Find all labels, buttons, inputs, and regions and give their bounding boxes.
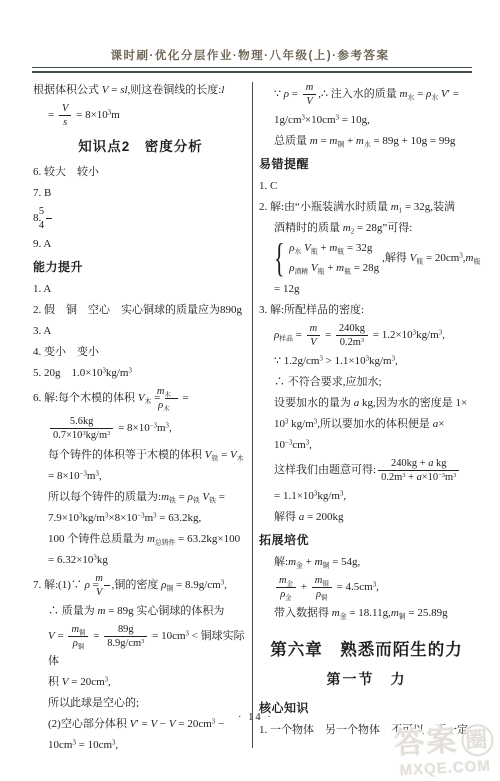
answer-line: = 8×10−3m3, (33, 466, 248, 486)
answer-line: = 12g (259, 279, 474, 299)
answer-line: V = m铜ρ铜 = 89g8.9g/cm3 = 10cm3 < 铜球实际体 (33, 622, 248, 671)
answer-line: 10−3cm3, (259, 435, 474, 455)
answer-line: 103 kg/m3,所以要加水的体积便是 a× (259, 414, 474, 434)
content-columns: 根据体积公式 V = sl,则这卷铜线的长度:l= Vs = 8×103m知识点… (33, 80, 474, 756)
answer-line: 每个铸件的体积等于木模的体积 V铁 = V木 (33, 445, 248, 465)
section-subheading: 能力提升 (33, 257, 248, 277)
answer-line: m金ρ金 + m铜ρ铜 = 4.5cm3, (259, 573, 474, 602)
answer-line: 100 个铸件总质量为 m总铸件 = 63.2kg×100 (33, 529, 248, 549)
answer-line: 5.6kg0.7×103kg/m3 = 8×10−3m3, (33, 414, 248, 443)
answer-line: 所以每个铸件的质量为:m铁 = ρ铁 V铁 = (33, 487, 248, 507)
answer-line: 9. A (33, 234, 248, 254)
answer-line: = 1.1×103kg/m3, (259, 486, 474, 506)
fraction: mV (307, 322, 321, 349)
answer-line: 1g/cm3×10cm3 = 10g, (259, 110, 474, 130)
right-column: ∵ ρ = mV,∴ 注入水的质量 m水 = ρ水 V′ =1g/cm3×10c… (259, 80, 474, 756)
section-subheading: 核心知识 (259, 698, 474, 718)
answer-line: 总质量 m = m铜 + m水 = 89g + 10g = 99g (259, 131, 474, 151)
answer-line: = 6.32×103kg (33, 550, 248, 570)
answer-line: 解得 a = 200kg (259, 507, 474, 527)
answer-line: 3. 解:所配样品的密度: (259, 300, 474, 320)
fraction: 240kg0.2m3 (336, 322, 368, 349)
page-header-title: 课时刷·优化分层作业·物理·八年级(上)·参考答案 (0, 47, 500, 63)
answer-line: 解:m金 + m铜 = 54g, (259, 552, 474, 572)
answer-line: = Vs = 8×103m (33, 101, 248, 130)
answer-line: 所以此球是空心的; (33, 693, 248, 713)
answer-line: 6. 较大 较小 (33, 162, 248, 182)
answer-line: 7.9×103kg/m3×8×10−3m3 = 63.2kg, (33, 508, 248, 528)
fraction: m铜ρ铜 (312, 574, 332, 601)
answer-line: 5. 20g 1.0×103kg/m3 (33, 363, 248, 383)
watermark: 答案 圈 MXQE.COM (394, 723, 496, 779)
answer-line: ρ样品 = mV = 240kg0.2m3 = 1.2×103kg/m3, (259, 321, 474, 350)
answer-line: ∴ 不符合要求,应加水; (259, 372, 474, 392)
section-subheading: 易错提醒 (259, 154, 474, 174)
answer-line: 设要加水的量为 a kg,因为水的密度是 1× (259, 393, 474, 413)
answer-line: 积 V = 20cm3, (33, 672, 248, 692)
answer-line: 这样我们由题意可得:240kg + a kg0.2m3 + a×10−3m3 (259, 456, 474, 485)
answer-line: ∵ ρ = mV,∴ 注入水的质量 m水 = ρ水 V′ = (259, 80, 474, 109)
answer-line: 2. 假 铜 空心 实心铜球的质量应为890g (33, 300, 248, 320)
fraction: Vs (59, 102, 71, 129)
answer-line: 4. 变小 变小 (33, 342, 248, 362)
watermark-logo: 答案 圈 (394, 723, 495, 760)
fraction: m木ρ木 (165, 385, 177, 412)
answer-line: 7. B (33, 183, 248, 203)
answer-line: 7. 解:(1)∵ ρ = mV,铜的密度 ρ铜 = 8.9g/cm3, (33, 571, 248, 600)
left-column: 根据体积公式 V = sl,则这卷铜线的长度:l= Vs = 8×103m知识点… (33, 80, 248, 756)
left-brace-symbol: { (274, 240, 285, 276)
fraction: 5.6kg0.7×103kg/m3 (50, 415, 113, 442)
fraction: 240kg + a kg0.2m3 + a×10−3m3 (378, 457, 459, 484)
answer-line: 1. C (259, 176, 474, 196)
section-subheading: 拓展培优 (259, 530, 474, 550)
answer-line: 1. A (33, 279, 248, 299)
fraction: 89g8.9g/cm3 (104, 623, 147, 650)
answer-line: ∴ 质量为 m = 89g 实心铜球的体积为 (33, 601, 248, 621)
watermark-site: MXQE.COM (396, 757, 496, 779)
page-number: · 14 · (238, 712, 273, 723)
answer-line: 酒精时的质量 m2 = 28g”可得: (259, 218, 474, 238)
watermark-logo-circle: 圈 (461, 723, 495, 757)
chapter-heading: 第六章 熟悉而陌生的力 (259, 639, 474, 662)
answer-line: 根据体积公式 V = sl,则这卷铜线的长度:l (33, 80, 248, 100)
answer-line: 8. 54 (33, 204, 248, 233)
section-heading: 第一节 力 (259, 670, 474, 690)
fraction: m金ρ金 (276, 574, 296, 601)
answer-line: 3. A (33, 321, 248, 341)
equation-system: {ρ水 V瓶 + m瓶 = 32gρ酒精 V瓶 + m瓶 = 28g,解得 V瓶… (259, 239, 474, 277)
fraction: m铜ρ铜 (68, 623, 88, 650)
watermark-logo-text: 答案 (394, 726, 459, 759)
answer-line: 2. 解:由“小瓶装满水时质量 m1 = 32g,装满 (259, 197, 474, 217)
knowledge-point-heading: 知识点2 密度分析 (33, 137, 248, 157)
answer-line: 6. 解:每个木模的体积 V木 = m木ρ木 = (33, 384, 248, 413)
answer-line: ∵ 1.2g/cm3 > 1.1×103kg/m3, (259, 351, 474, 371)
header-double-rule (32, 67, 472, 73)
answer-page: 课时刷·优化分层作业·物理·八年级(上)·参考答案 根据体积公式 V = sl,… (0, 0, 500, 781)
column-divider (252, 82, 253, 748)
fraction: 54 (46, 205, 52, 232)
fraction: mV (303, 81, 317, 108)
answer-line: 10cm3 = 10cm3, (33, 735, 248, 755)
answer-line: (2)空心部分体积 V′ = V − V = 20cm3 − (33, 714, 248, 734)
fraction: mV (104, 572, 110, 599)
answer-line: 带入数据得 m金 = 18.11g,m铜 = 25.89g (259, 603, 474, 623)
